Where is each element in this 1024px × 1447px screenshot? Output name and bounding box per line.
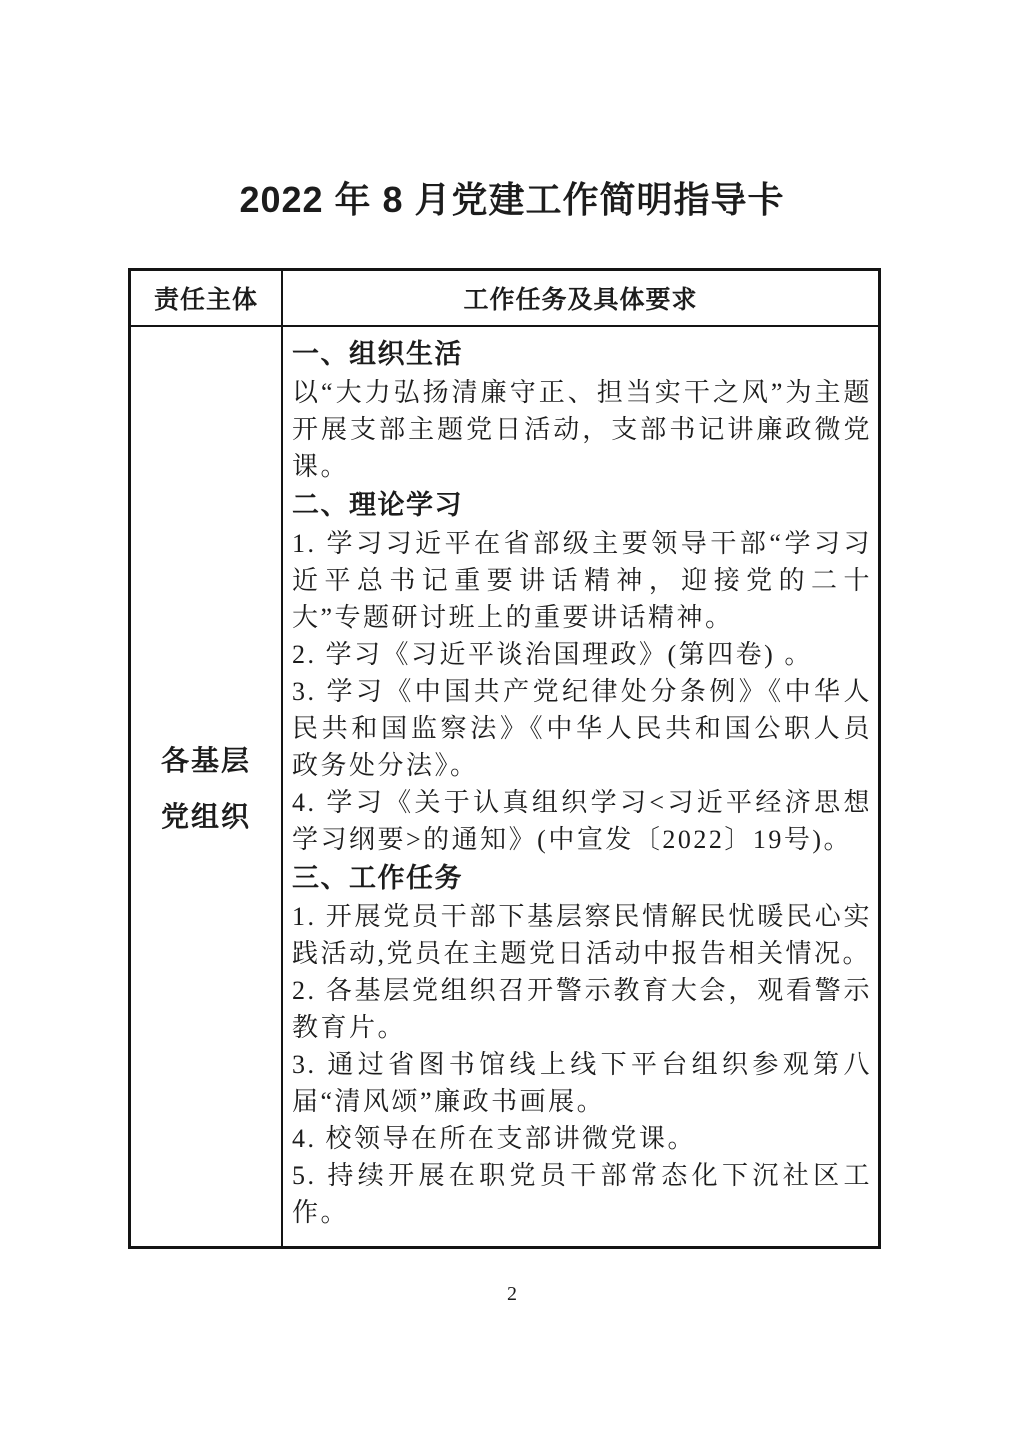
section-heading: 二、理论学习 xyxy=(292,485,872,525)
responsible-line-2: 党组织 xyxy=(161,795,251,835)
header-cell-responsible: 责任主体 xyxy=(131,271,283,327)
page-number: 2 xyxy=(0,1283,1024,1306)
document-title: 2022 年 8 月党建工作简明指导卡 xyxy=(0,172,1024,223)
responsible-line-1: 各基层 xyxy=(161,739,251,779)
task-item: 2. 学习《习近平谈治国理政》(第四卷) 。 xyxy=(292,636,872,673)
section-organization-life: 一、组织生活 以“大力弘扬清廉守正、担当实干之风”为主题开展支部主题党日活动，支… xyxy=(292,334,872,485)
task-item: 1. 开展党员干部下基层察民情解民忧暖民心实践活动,党员在主题党日活动中报告相关… xyxy=(292,898,872,972)
task-item: 3. 学习《中国共产党纪律处分条例》《中华人民共和国监察法》《中华人民共和国公职… xyxy=(292,673,872,784)
task-item: 4. 学习《关于认真组织学习<习近平经济思想学习纲要>的通知》(中宣发〔2022… xyxy=(292,784,872,858)
responsible-cell: 各基层 党组织 xyxy=(131,327,283,1246)
header-cell-tasks: 工作任务及具体要求 xyxy=(283,271,878,327)
task-item: 3. 通过省图书馆线上线下平台组织参观第八届“清风颂”廉政书画展。 xyxy=(292,1046,872,1120)
section-heading: 一、组织生活 xyxy=(292,334,872,374)
task-item: 以“大力弘扬清廉守正、担当实干之风”为主题开展支部主题党日活动，支部书记讲廉政微… xyxy=(292,374,872,485)
section-work-tasks: 三、工作任务 1. 开展党员干部下基层察民情解民忧暖民心实践活动,党员在主题党日… xyxy=(292,858,872,1231)
section-heading: 三、工作任务 xyxy=(292,858,872,898)
document-page: 2022 年 8 月党建工作简明指导卡 责任主体 工作任务及具体要求 各基层 党… xyxy=(0,0,1024,1447)
task-item: 1. 学习习近平在省部级主要领导干部“学习习近平总书记重要讲话精神，迎接党的二十… xyxy=(292,525,872,636)
section-theory-study: 二、理论学习 1. 学习习近平在省部级主要领导干部“学习习近平总书记重要讲话精神… xyxy=(292,485,872,858)
task-item: 4. 校领导在所在支部讲微党课。 xyxy=(292,1120,872,1157)
task-item: 2. 各基层党组织召开警示教育大会，观看警示教育片。 xyxy=(292,972,872,1046)
tasks-cell: 一、组织生活 以“大力弘扬清廉守正、担当实干之风”为主题开展支部主题党日活动，支… xyxy=(283,327,878,1246)
guidance-table: 责任主体 工作任务及具体要求 各基层 党组织 一、组织生活 以“大力弘扬清廉守正… xyxy=(128,268,881,1249)
task-item: 5. 持续开展在职党员干部常态化下沉社区工作。 xyxy=(292,1157,872,1231)
